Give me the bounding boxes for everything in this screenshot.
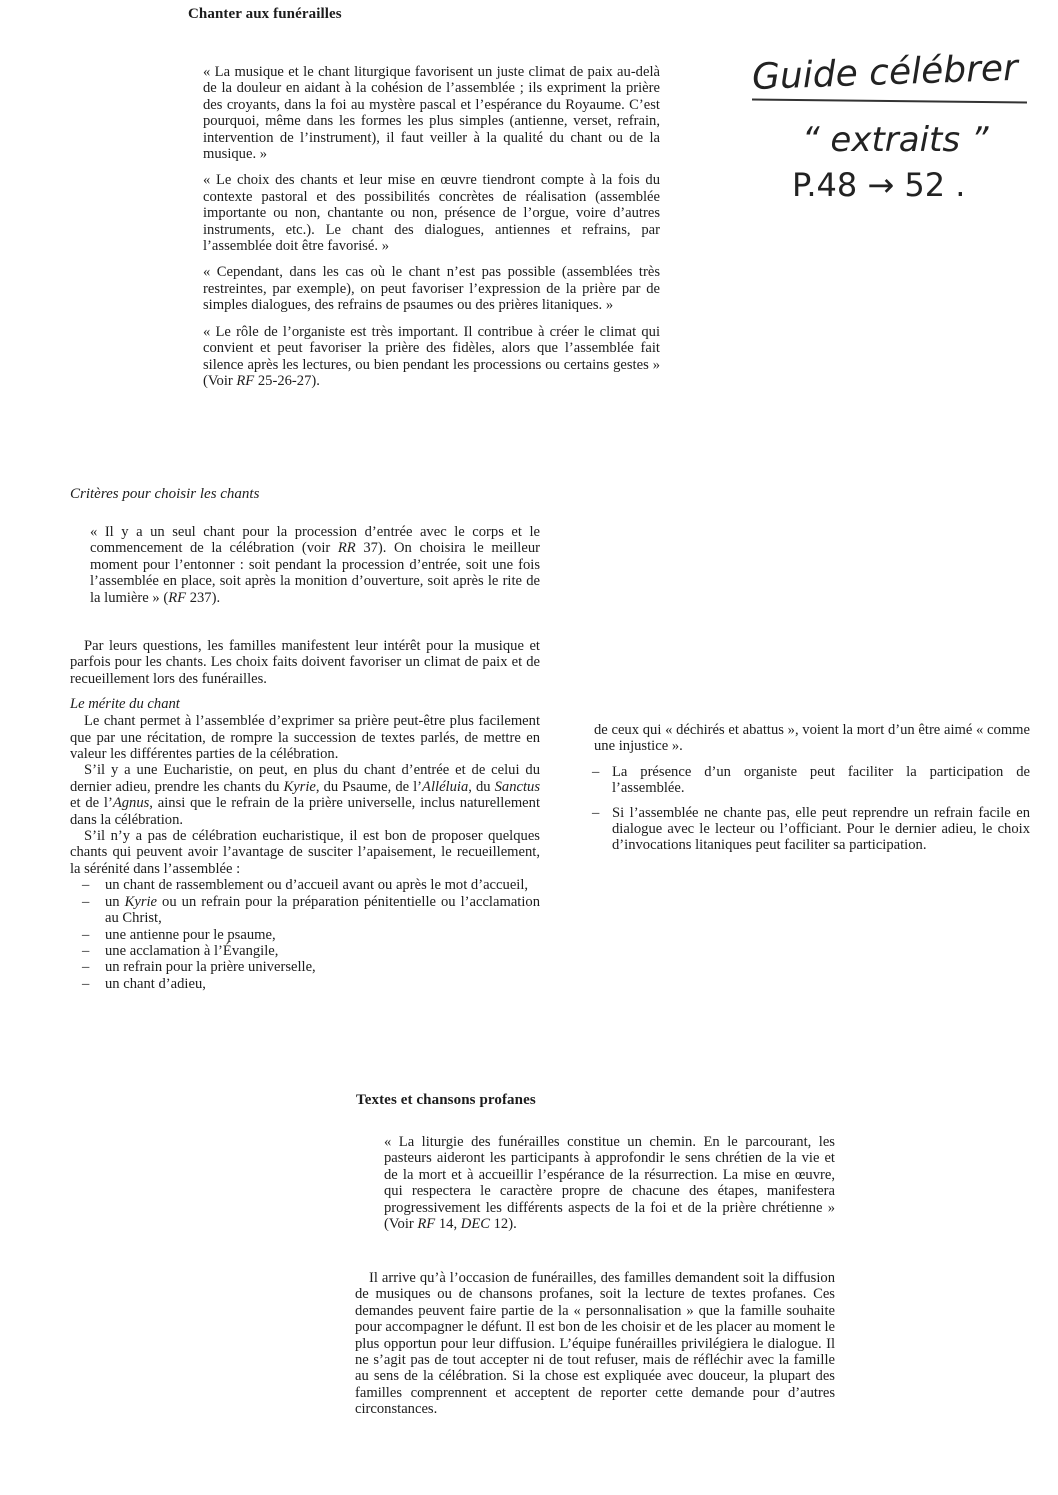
quote-liturgy-path: « La liturgie des funérailles constitue …	[384, 1134, 835, 1232]
chant-suggestions-list: un chant de rassemblement ou d’accueil a…	[70, 877, 540, 992]
quote-when-no-chant: « Cependant, dans les cas où le chant n’…	[203, 264, 660, 313]
merit-paragraph-eucharist: S’il y a une Eucharistie, on peut, en pl…	[70, 762, 540, 828]
right-column: de ceux qui « déchirés et abattus », voi…	[594, 722, 1030, 854]
section-title-chanter: Chanter aux funérailles	[188, 6, 342, 23]
merit-paragraph-1: Le chant permet à l’assemblée d’exprimer…	[70, 713, 540, 762]
section1-quotes: « La musique et le chant liturgique favo…	[203, 64, 660, 389]
quote-entry-procession: « Il y a un seul chant pour la processio…	[90, 524, 540, 606]
list-item: Si l’assemblée ne chante pas, elle peut …	[594, 805, 1030, 854]
section-title-criteres: Critères pour choisir les chants	[70, 486, 259, 503]
section2-body: Par leurs questions, les familles manife…	[70, 638, 540, 992]
continuation-text: de ceux qui « déchirés et abattus », voi…	[594, 722, 1030, 755]
handwritten-title: Guide célébrer	[751, 47, 1037, 99]
handwritten-note: Guide célébrer “ extraits ” P.48 → 52 .	[752, 52, 1037, 204]
list-item: un chant d’adieu,	[70, 976, 540, 992]
profane-songs-paragraph: Il arrive qu’à l’occasion de funérailles…	[355, 1270, 835, 1418]
quote-choice-of-chants: « Le choix des chants et leur mise en œu…	[203, 172, 660, 254]
merit-paragraph-no-eucharist: S’il n’y a pas de célébration eucharisti…	[70, 828, 540, 877]
list-item: La présence d’un organiste peut facilite…	[594, 764, 1030, 797]
list-item: un refrain pour la prière universelle,	[70, 959, 540, 975]
families-paragraph: Par leurs questions, les familles manife…	[70, 638, 540, 687]
handwritten-pages: P.48 → 52 .	[752, 166, 1037, 204]
list-item: un Kyrie ou un refrain pour la préparati…	[70, 894, 540, 927]
quote-organist-role: « Le rôle de l’organiste est très import…	[203, 324, 660, 390]
subheading-merite: Le mérite du chant	[70, 696, 540, 713]
list-item: une antienne pour le psaume,	[70, 927, 540, 943]
section-title-textes-profanes: Textes et chansons profanes	[356, 1092, 536, 1109]
right-column-list: La présence d’un organiste peut facilite…	[594, 764, 1030, 854]
list-item: une acclamation à l’Évangile,	[70, 943, 540, 959]
list-item: un chant de rassemblement ou d’accueil a…	[70, 877, 540, 893]
quote-music-liturgy: « La musique et le chant liturgique favo…	[203, 64, 660, 162]
handwritten-underline	[752, 99, 1027, 104]
handwritten-extraits: “ extraits ”	[752, 120, 1037, 160]
